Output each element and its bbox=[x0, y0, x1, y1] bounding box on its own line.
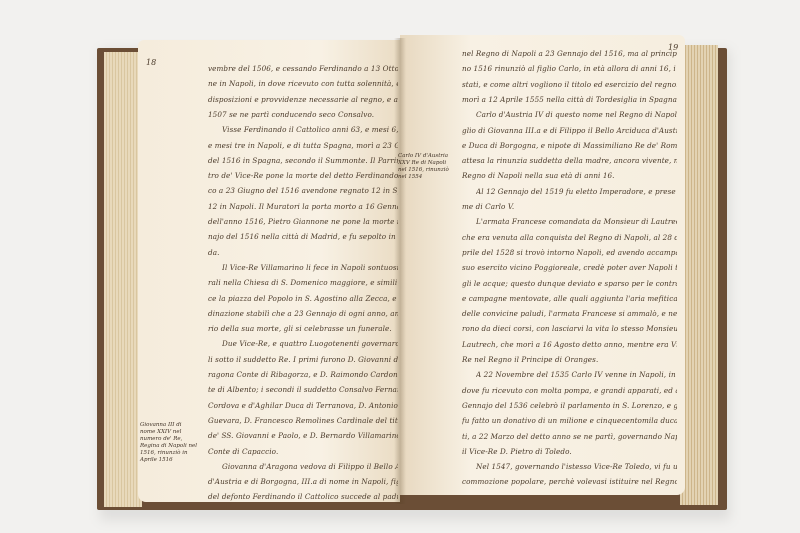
manuscript-line: d'Austria e di Borgogna, III.a di nome i… bbox=[208, 477, 398, 486]
manuscript-line: e mesi tre in Napoli, e di tutta Spagna,… bbox=[208, 141, 398, 150]
manuscript-line: Carlo d'Austria IV di questo nome nel Re… bbox=[476, 110, 677, 119]
manuscript-line: prile del 1528 si trovò intorno Napoli, … bbox=[462, 248, 677, 257]
manuscript-line: te di Albento; i secondi il suddetto Con… bbox=[208, 385, 398, 394]
manuscript-line: rio della sua morte, gli si celebrasse u… bbox=[208, 324, 398, 333]
manuscript-line: ce la piazza del Popolo in S. Agostino a… bbox=[208, 294, 398, 303]
manuscript-line: Al 12 Gennajo del 1519 fu eletto Imperad… bbox=[476, 187, 677, 196]
page-edges-left bbox=[104, 52, 142, 507]
manuscript-line: del 1516 in Spagna, secondo il Summonte.… bbox=[208, 156, 398, 165]
manuscript-line: da. bbox=[208, 248, 398, 257]
manuscript-line: vembre del 1506, e cessando Ferdinando a… bbox=[208, 64, 398, 73]
book-gutter bbox=[394, 38, 406, 504]
manuscript-line: disposizioni e provvidenze necessarie al… bbox=[208, 95, 398, 104]
manuscript-line: Due Vice-Re, e quattro Luogotenenti gove… bbox=[222, 339, 398, 348]
manuscript-line: ti, a 22 Marzo del detto anno se ne part… bbox=[462, 432, 677, 441]
manuscript-line: Conte di Capaccio. bbox=[208, 447, 398, 456]
manuscript-line: de' SS. Giovanni e Paolo, e D. Bernardo … bbox=[208, 431, 398, 440]
manuscript-line: Nel 1547, governando l'istesso Vice-Re T… bbox=[476, 462, 677, 471]
manuscript-line: delle convicine paludi, l'armata Frances… bbox=[462, 309, 677, 318]
manuscript-line: 1507 se ne partì conducendo seco Consalv… bbox=[208, 110, 398, 119]
manuscript-line: attesa la rinunzia suddetta della madre,… bbox=[462, 156, 677, 165]
manuscript-line: del defonto Ferdinando il Cattolico succ… bbox=[208, 492, 398, 501]
right-page: 19 nel Regno di Napoli a 23 Gennajo del … bbox=[400, 35, 685, 495]
manuscript-line: najo del 1516 nella città di Madrid, e f… bbox=[208, 232, 398, 241]
manuscript-line: tro de' Vice-Re pone la morte del detto … bbox=[208, 171, 398, 180]
manuscript-line: commozione popolare, perchè volevasi ist… bbox=[462, 477, 677, 486]
manuscript-line: suo esercito vicino Poggioreale, credè p… bbox=[462, 263, 677, 272]
manuscript-line: Giovanna d'Aragona vedova di Filippo il … bbox=[222, 462, 398, 471]
manuscript-line: li sotto il suddetto Re. I primi furono … bbox=[208, 355, 398, 364]
manuscript-line: Re nel Regno il Principe di Oranges. bbox=[462, 355, 677, 364]
manuscript-line: ne in Napoli, in dove ricevuto con tutta… bbox=[208, 79, 398, 88]
manuscript-line: Guevara, D. Francesco Remolines Cardinal… bbox=[208, 416, 398, 425]
left-page-number: 18 bbox=[146, 58, 156, 67]
manuscript-line: Gennajo del 1536 celebrò il parlamento i… bbox=[462, 401, 677, 410]
manuscript-line: rono da dieci corsi, con lasciarvi la vi… bbox=[462, 324, 677, 333]
manuscript-line: dell'anno 1516, Pietro Giannone ne pone … bbox=[208, 217, 398, 226]
manuscript-line: e Duca di Borgogna, e nipote di Massimil… bbox=[462, 141, 677, 150]
manuscript-line: glio di Giovanna III.a e di Filippo il B… bbox=[462, 126, 677, 135]
page-edges-right bbox=[680, 45, 718, 505]
manuscript-line: Lautrech, che morì a 16 Agosto detto ann… bbox=[462, 340, 677, 349]
manuscript-line: Il Vice-Re Villamarino li fece in Napoli… bbox=[222, 263, 398, 272]
manuscript-line: Cordova e d'Aghilar Duca di Terranova, D… bbox=[208, 401, 398, 410]
manuscript-line: che era venuta alla conquista del Regno … bbox=[462, 233, 677, 242]
manuscript-line: fu fatto un donativo di un milione e cin… bbox=[462, 416, 677, 425]
manuscript-line: Visse Ferdinando il Cattolico anni 63, e… bbox=[222, 125, 398, 134]
manuscript-line: dinazione stabilì che a 23 Gennajo di og… bbox=[208, 309, 398, 318]
right-margin-note: Carlo IV d'Austria XXV Re di Napoli nel … bbox=[398, 153, 456, 181]
manuscript-line: il Vice-Re D. Pietro di Toledo. bbox=[462, 447, 677, 456]
manuscript-line: co a 23 Giugno del 1516 avendone regnato… bbox=[208, 186, 398, 195]
manuscript-line: ragona Conte di Ribagorza, e D. Raimondo… bbox=[208, 370, 398, 379]
manuscript-line: stati, e come altri vogliono il titolo e… bbox=[462, 80, 677, 89]
manuscript-line: e campagne mentovate, alle quali aggiunt… bbox=[462, 294, 677, 303]
manuscript-line: nel Regno di Napoli a 23 Gennajo del 151… bbox=[462, 49, 677, 58]
manuscript-line: A 22 Novembre del 1535 Carlo IV venne in… bbox=[476, 370, 677, 379]
manuscript-line: dove fu ricevuto con molta pompa, e gran… bbox=[462, 386, 677, 395]
manuscript-line: no 1516 rinunziò al figlio Carlo, in età… bbox=[462, 64, 677, 73]
manuscript-line: gli le acque; questo dunque deviato e sp… bbox=[462, 279, 677, 288]
manuscript-line: L'armata Francese comandata da Monsieur … bbox=[476, 217, 677, 226]
manuscript-line: morì a 12 Aprile 1555 nella città di Tor… bbox=[462, 95, 677, 104]
left-page: 18 vembre del 1506, e cessando Ferdinand… bbox=[138, 40, 400, 502]
manuscript-line: 12 in Napoli. Il Muratori la porta morto… bbox=[208, 202, 398, 211]
manuscript-line: Regno di Napoli nella sua età di anni 16… bbox=[462, 171, 677, 180]
left-margin-note: Giovanna III di nome XXIV nel numero de'… bbox=[140, 422, 198, 464]
manuscript-line: rali nella Chiesa di S. Domenico maggior… bbox=[208, 278, 398, 287]
manuscript-line: me di Carlo V. bbox=[462, 202, 677, 211]
